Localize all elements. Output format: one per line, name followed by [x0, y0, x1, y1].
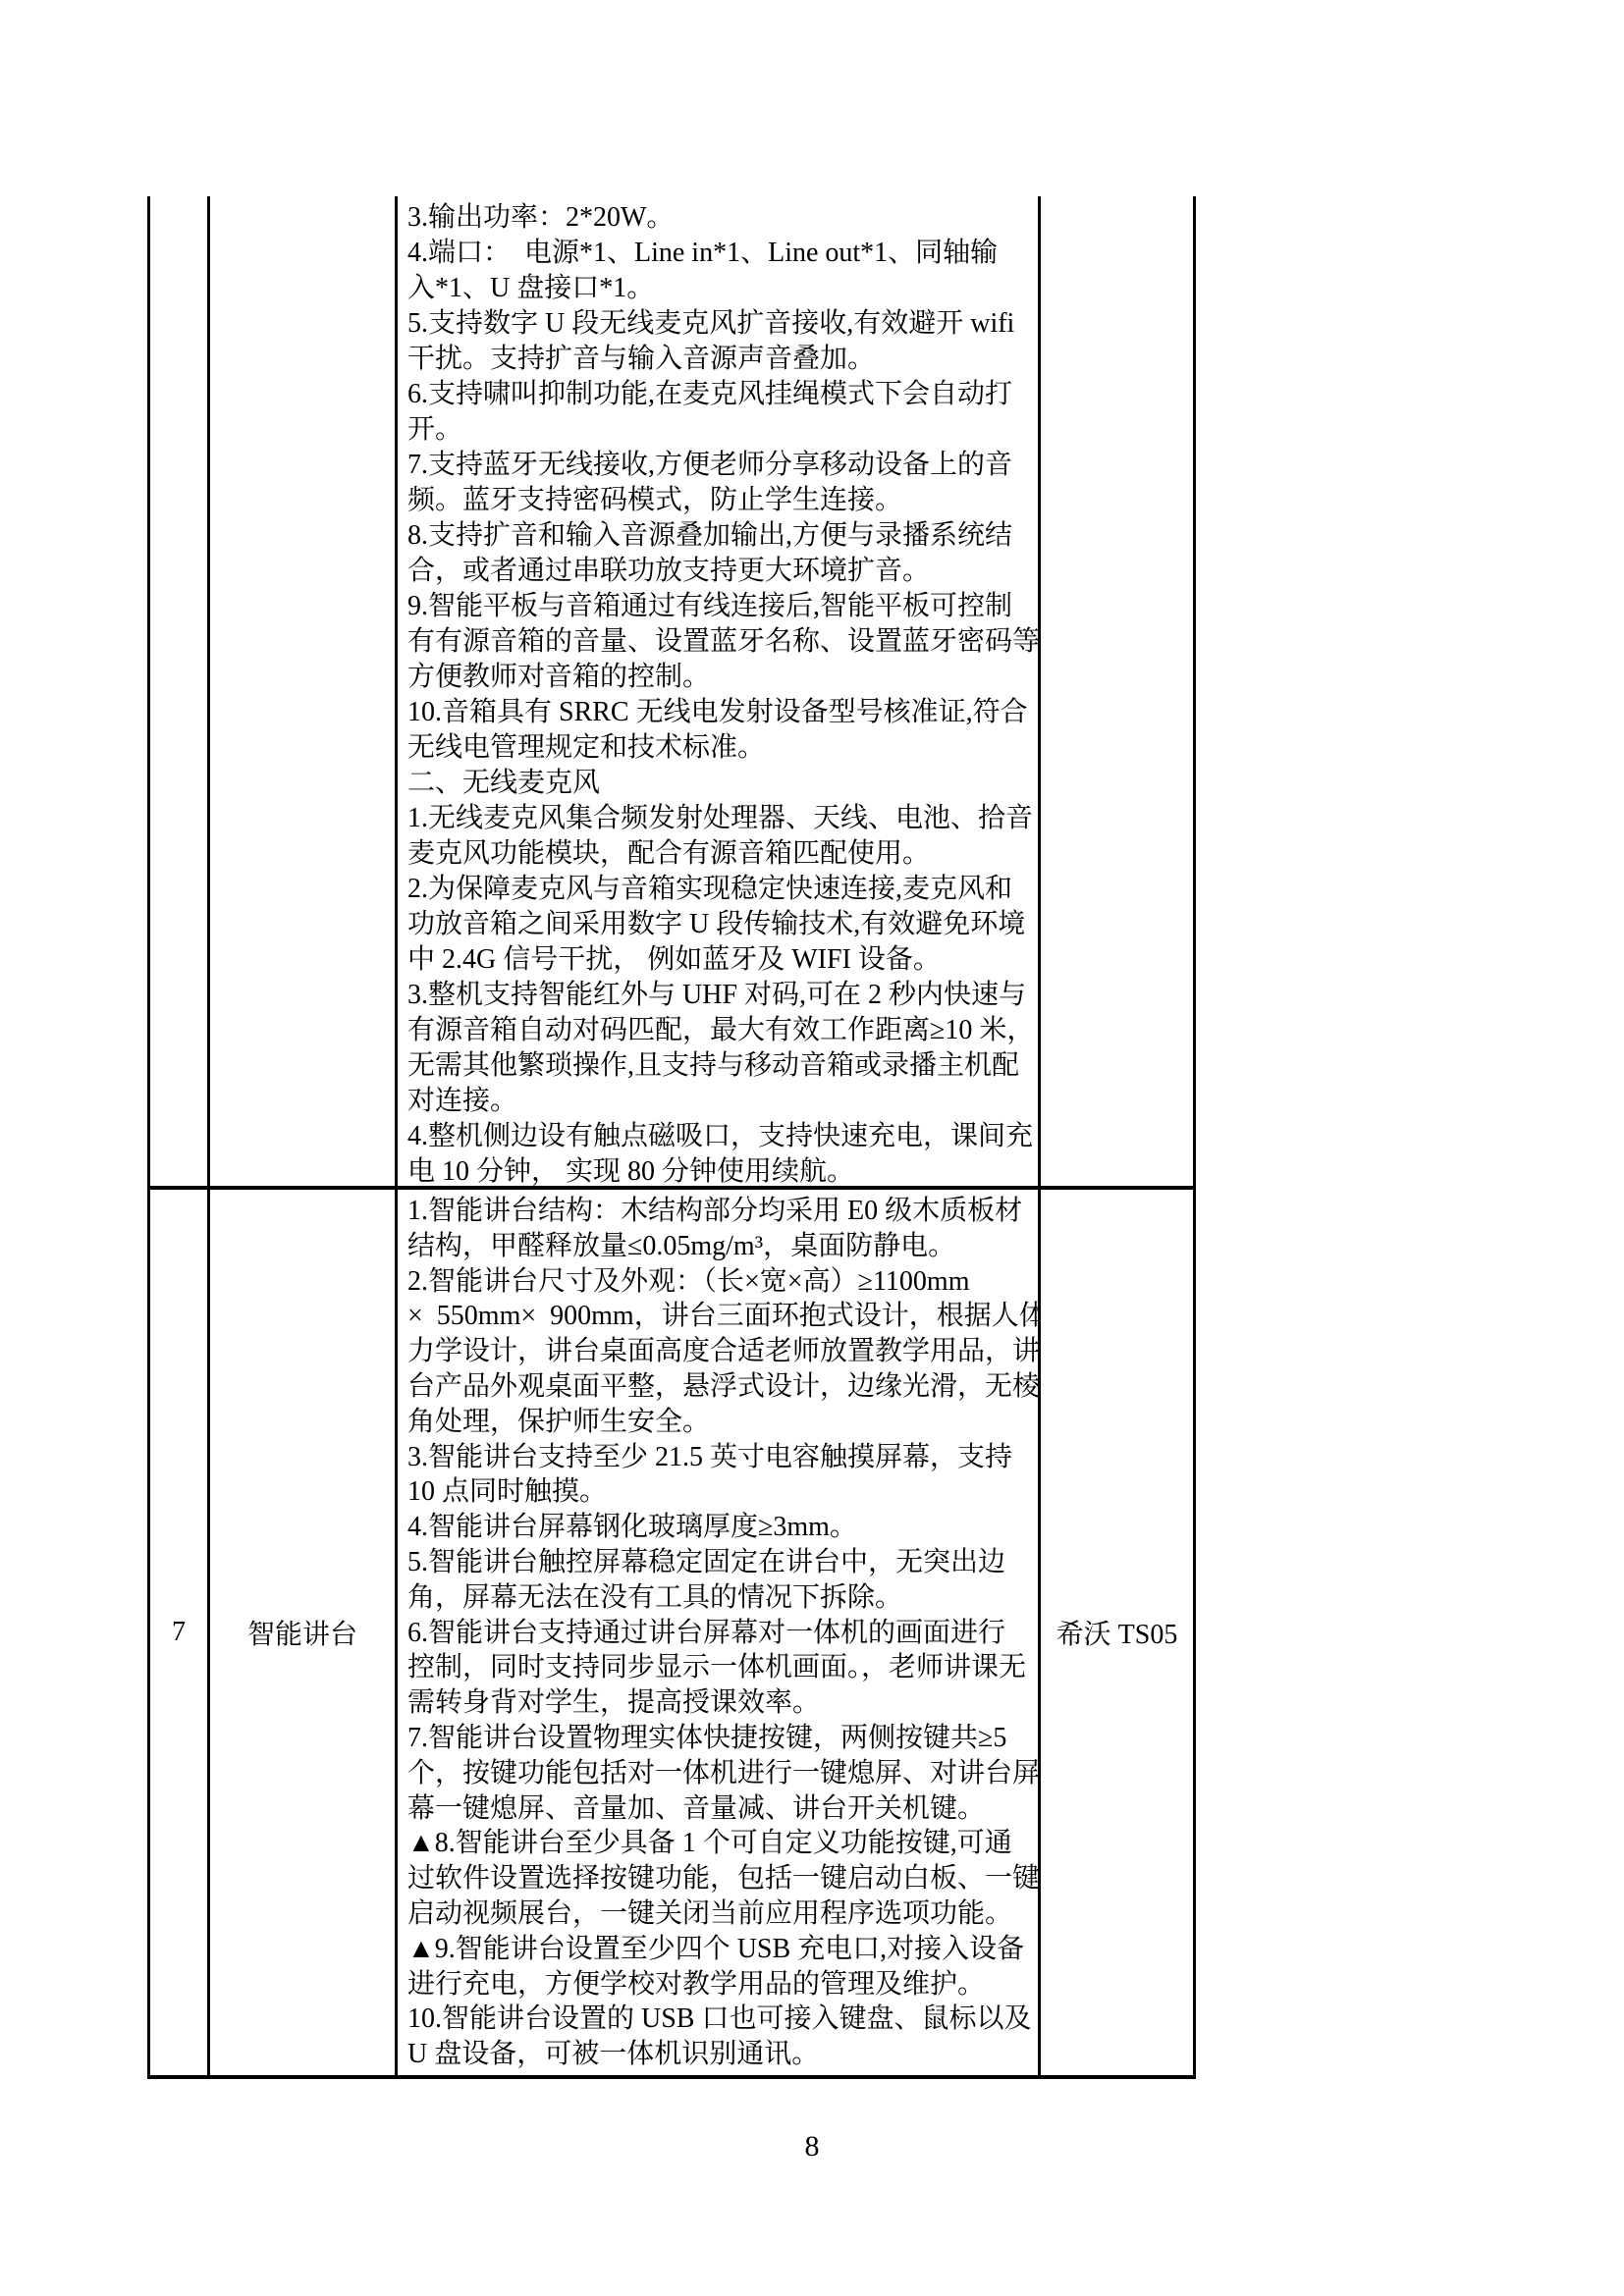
- spec-line: 有有源音箱的音量、设置蓝牙名称、设置蓝牙密码等,: [407, 624, 1032, 660]
- spec-line: 7.智能讲台设置物理实体快捷按键，两侧按键共≥5: [407, 1721, 1032, 1756]
- spec-line: 1.无线麦克风集合频发射处理器、天线、电池、拾音: [407, 801, 1032, 836]
- spec-line: 对连接。: [407, 1084, 1032, 1119]
- spec-line: 干扰。支持扩音与输入音源声音叠加。: [407, 342, 1032, 377]
- table-row-item6-continued: 3.输出功率：2*20W。4.端口： 电源*1、Line in*1、Line o…: [147, 196, 1196, 1186]
- spec-line: 个，按键功能包括对一体机进行一键熄屏、对讲台屏: [407, 1756, 1032, 1791]
- spec-line: 3.智能讲台支持至少 21.5 英寸电容触摸屏幕，支持: [407, 1440, 1032, 1475]
- spec-line: 过软件设置选择按键功能，包括一键启动白板、一键: [407, 1861, 1032, 1896]
- spec-line: 台产品外观桌面平整，悬浮式设计，边缘光滑，无棱: [407, 1369, 1032, 1405]
- spec-line: 进行充电，方便学校对教学用品的管理及维护。: [407, 1967, 1032, 2002]
- page-number: 8: [0, 2128, 1624, 2165]
- spec-line: 5.智能讲台触控屏幕稳定固定在讲台中，无突出边: [407, 1545, 1032, 1580]
- spec-line: 6.支持啸叫抑制功能,在麦克风挂绳模式下会自动打: [407, 377, 1032, 412]
- spec-line: 9.智能平板与音箱通过有线连接后,智能平板可控制: [407, 589, 1032, 624]
- spec-line: 频。蓝牙支持密码模式，防止学生连接。: [407, 483, 1032, 518]
- spec-line: 中 2.4G 信号干扰， 例如蓝牙及 WIFI 设备。: [407, 942, 1032, 978]
- spec-line: 2.为保障麦克风与音箱实现稳定快速连接,麦克风和: [407, 872, 1032, 907]
- spec-line: 1.智能讲台结构：木结构部分均采用 E0 级木质板材: [407, 1194, 1032, 1229]
- document-page: 3.输出功率：2*20W。4.端口： 电源*1、Line in*1、Line o…: [0, 0, 1624, 2296]
- item-index-cell: 7: [147, 1190, 207, 2075]
- spec-line: 角，屏幕无法在没有工具的情况下拆除。: [407, 1580, 1032, 1616]
- spec-line: 二、无线麦克风: [407, 766, 1032, 801]
- spec-line: 4.整机侧边设有触点磁吸口，支持快速充电，课间充: [407, 1119, 1032, 1154]
- spec-line: 麦克风功能模块，配合有源音箱匹配使用。: [407, 836, 1032, 872]
- spec-line: 4.端口： 电源*1、Line in*1、Line out*1、同轴输: [407, 236, 1032, 271]
- spec-line: 10.智能讲台设置的 USB 口也可接入键盘、鼠标以及: [407, 2002, 1032, 2037]
- spec-line: 10.音箱具有 SRRC 无线电发射设备型号核准证,符合: [407, 695, 1032, 730]
- spec-line: 8.支持扩音和输入音源叠加输出,方便与录播系统结: [407, 518, 1032, 554]
- item-index: 7: [172, 1617, 186, 1648]
- spec-line: ▲9.智能讲台设置至少四个 USB 充电口,对接入设备: [407, 1932, 1032, 1967]
- spec-line: 方便教师对音箱的控制。: [407, 660, 1032, 695]
- table-row-item7: 7 智能讲台 1.智能讲台结构：木结构部分均采用 E0 级木质板材结构，甲醛释放…: [147, 1186, 1196, 2075]
- spec-line: 电 10 分钟， 实现 80 分钟使用续航。: [407, 1154, 1032, 1186]
- spec-table: 3.输出功率：2*20W。4.端口： 电源*1、Line in*1、Line o…: [147, 196, 1196, 2079]
- item-spec-cell: 3.输出功率：2*20W。4.端口： 电源*1、Line in*1、Line o…: [395, 196, 1038, 1186]
- spec-line: 无需其他繁琐操作,且支持与移动音箱或录播主机配: [407, 1048, 1032, 1084]
- spec-line: 幕一键熄屏、音量加、音量减、讲台开关机键。: [407, 1791, 1032, 1827]
- spec-line: 4.智能讲台屏幕钢化玻璃厚度≥3mm。: [407, 1510, 1032, 1545]
- spec-line: 结构，甲醛释放量≤0.05mg/m³，桌面防静电。: [407, 1229, 1032, 1264]
- spec-line: ▲8.智能讲台至少具备 1 个可自定义功能按键,可通: [407, 1826, 1032, 1861]
- spec-line: 合，或者通过串联功放支持更大环境扩音。: [407, 554, 1032, 589]
- spec-line: 需转身背对学生，提高授课效率。: [407, 1685, 1032, 1721]
- spec-line: 控制，同时支持同步显示一体机画面。，老师讲课无: [407, 1650, 1032, 1685]
- item-brand-cell: [1038, 196, 1196, 1186]
- item-name: 智能讲台: [247, 1613, 357, 1652]
- spec-line: 5.支持数字 U 段无线麦克风扩音接收,有效避开 wifi: [407, 306, 1032, 342]
- spec-line: 启动视频展台，一键关闭当前应用程序选项功能。: [407, 1896, 1032, 1932]
- spec-line: 7.支持蓝牙无线接收,方便老师分享移动设备上的音: [407, 448, 1032, 483]
- spec-line: 力学设计，讲台桌面高度合适老师放置教学用品，讲: [407, 1334, 1032, 1369]
- spec-line: 10 点同时触摸。: [407, 1474, 1032, 1510]
- item-spec-cell: 1.智能讲台结构：木结构部分均采用 E0 级木质板材结构，甲醛释放量≤0.05m…: [395, 1190, 1038, 2075]
- spec-line: 开。: [407, 412, 1032, 448]
- spec-line: 3.输出功率：2*20W。: [407, 200, 1032, 236]
- spec-line: 有源音箱自动对码匹配，最大有效工作距离≥10 米，: [407, 1013, 1032, 1048]
- item-name-cell: 智能讲台: [207, 1190, 395, 2075]
- item-brand-cell: 希沃 TS05: [1038, 1190, 1196, 2075]
- item-brand: 希沃 TS05: [1056, 1613, 1178, 1652]
- spec-line: U 盘设备，可被一体机识别通讯。: [407, 2037, 1032, 2072]
- spec-line: 无线电管理规定和技术标准。: [407, 730, 1032, 766]
- spec-line: 6.智能讲台支持通过讲台屏幕对一体机的画面进行: [407, 1616, 1032, 1651]
- item-name-cell: [207, 196, 395, 1186]
- spec-line: 2.智能讲台尺寸及外观：（长×宽×高）≥1100mm: [407, 1264, 1032, 1300]
- item-index-cell: [147, 196, 207, 1186]
- spec-line: × 550mm× 900mm，讲台三面环抱式设计，根据人体: [407, 1299, 1032, 1334]
- spec-line: 功放音箱之间采用数字 U 段传输技术,有效避免环境: [407, 907, 1032, 942]
- spec-line: 角处理，保护师生安全。: [407, 1405, 1032, 1440]
- spec-line: 入*1、U 盘接口*1。: [407, 271, 1032, 306]
- spec-line: 3.整机支持智能红外与 UHF 对码,可在 2 秒内快速与: [407, 978, 1032, 1013]
